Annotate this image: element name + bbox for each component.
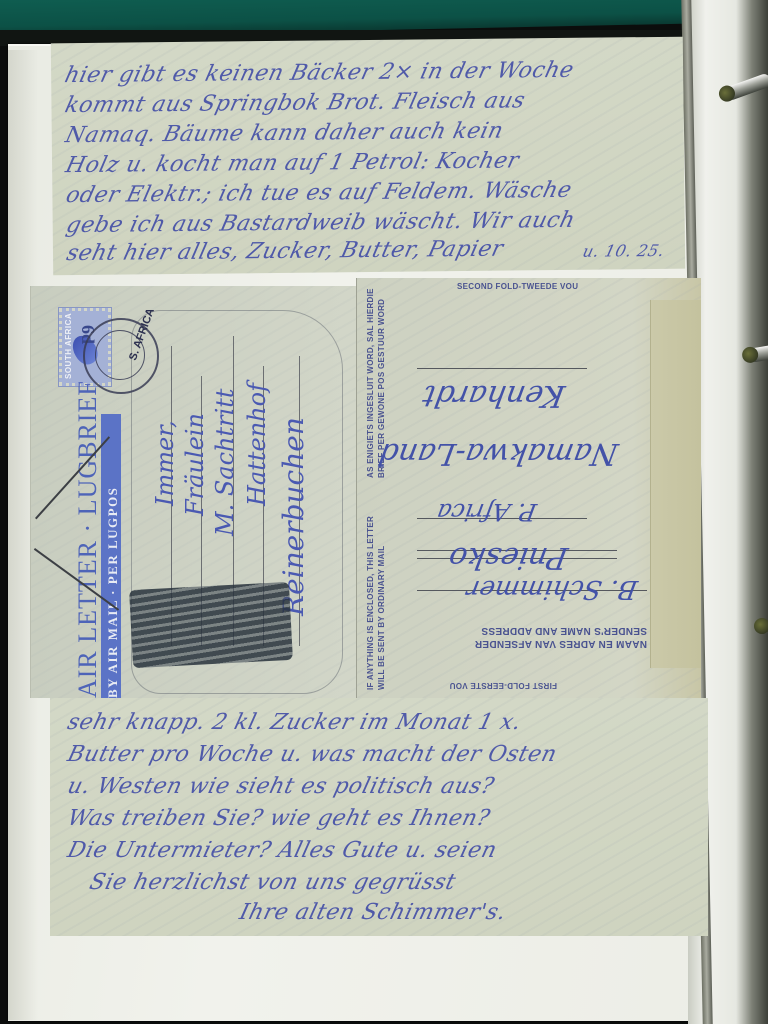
handwritten-line: Die Untermieter? Alles Gute u. seien bbox=[65, 838, 500, 863]
notice-line: IF ANYTHING IS ENCLOSED, THIS LETTER bbox=[365, 516, 376, 690]
airletter-front: SOUTH AFRICA 6d S. AFRICA AIR LETTER · L… bbox=[30, 286, 357, 698]
address-line: Hattenhof bbox=[243, 383, 271, 506]
handwritten-line: Was treiben Sie? wie geht es Ihnen? bbox=[65, 806, 493, 831]
handwritten-line: sehr knapp. 2 kl. Zucker im Monat 1 x. bbox=[65, 710, 524, 735]
binder-ring-icon bbox=[760, 620, 768, 634]
sender-hand-line: P. Africa bbox=[435, 498, 539, 526]
handwritten-date: u. 10. 25. bbox=[581, 241, 667, 261]
first-fold-label: FIRST FOLD-EERSTE VOU bbox=[449, 681, 557, 690]
handwritten-line: Sie herzlichst von uns gegrüsst bbox=[87, 870, 459, 895]
handwritten-line: kommt aus Springbok Brot. Fleisch aus bbox=[62, 88, 527, 118]
sender-hand-line: Namakwa-Land bbox=[376, 436, 621, 471]
sender-label: NAAM EN ADRES VAN AFSENDER SENDER'S NAME… bbox=[475, 624, 647, 650]
handwritten-signature: Ihre alten Schimmer's. bbox=[237, 900, 509, 925]
address-line: M. Sachtritt bbox=[211, 388, 239, 536]
sender-hand-line: B. Schimmer bbox=[464, 574, 639, 604]
airletter-title: AIR LETTER · LUGBRIEF bbox=[73, 380, 103, 698]
handwritten-line: Namaq. Bäume kann daher auch kein bbox=[63, 119, 506, 149]
notice-line: AS ENIGIETS INGESLUIT WORD, SAL HIERDIE bbox=[365, 288, 376, 478]
notice-line: WILL BE SENT BY ORDINARY MAIL bbox=[376, 516, 387, 690]
sender-hand-line: Kenhardt bbox=[420, 378, 568, 413]
handwritten-line: Holz u. kocht man auf 1 Petrol: Kocher bbox=[63, 148, 522, 178]
address-line: Fräulein bbox=[181, 413, 209, 516]
handwritten-line: Butter pro Woche u. was macht der Osten bbox=[65, 742, 560, 767]
sender-label-line: NAAM EN ADRES VAN AFSENDER bbox=[475, 637, 647, 650]
airletter: SOUTH AFRICA 6d S. AFRICA AIR LETTER · L… bbox=[30, 278, 700, 698]
enclosure-notice-en: IF ANYTHING IS ENCLOSED, THIS LETTER WIL… bbox=[365, 516, 387, 690]
airmail-band-label: BY AIR MAIL · PER LUGPOS bbox=[105, 487, 121, 698]
address-line: Immer, bbox=[151, 420, 179, 506]
letter-sheet-top: hier gibt es keinen Bäcker 2× in der Woc… bbox=[51, 37, 685, 276]
handwritten-line: oder Elektr.; ich tue es auf Feldem. Wäs… bbox=[63, 178, 574, 208]
airletter-back: SECOND FOLD-TWEEDE VOU IF ANYTHING IS EN… bbox=[356, 278, 701, 698]
handwritten-line: hier gibt es keinen Bäcker 2× in der Woc… bbox=[62, 58, 576, 88]
handwritten-line: gebe ich aus Bastardweib wäscht. Wir auc… bbox=[64, 208, 578, 238]
second-fold-label: SECOND FOLD-TWEEDE VOU bbox=[457, 282, 578, 291]
sender-hand-line: Pniesko bbox=[446, 540, 571, 575]
fold-flap bbox=[650, 300, 701, 668]
sender-guide-line bbox=[417, 368, 587, 369]
handwritten-line: seht hier alles, Zucker, Butter, Papier bbox=[64, 237, 506, 267]
sender-label-line: SENDER'S NAME AND ADDRESS bbox=[475, 624, 647, 637]
handwritten-line: u. Westen wie sieht es politisch aus? bbox=[65, 774, 497, 799]
letter-sheet-bottom: sehr knapp. 2 kl. Zucker im Monat 1 x. B… bbox=[50, 698, 708, 936]
ink-scribble-icon bbox=[129, 582, 293, 668]
